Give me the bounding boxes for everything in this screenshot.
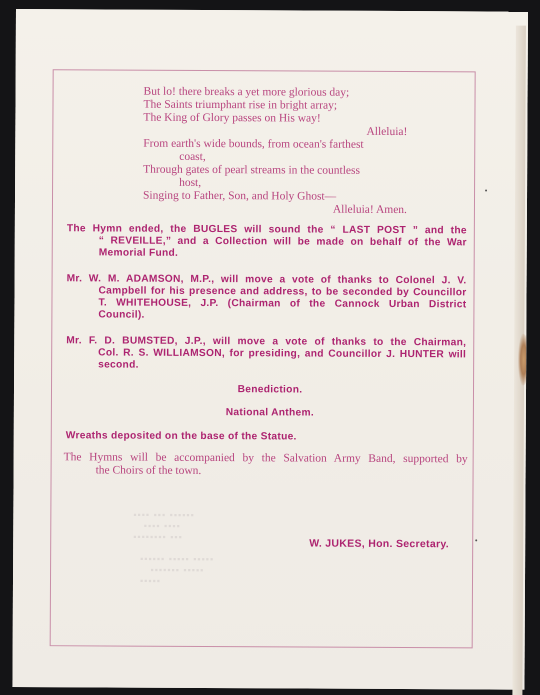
bumsted-continuation: Col. R. S. WILLIAMSON, for presiding, an… (66, 347, 466, 373)
verse-line: Alleluia! Amen. (143, 203, 413, 217)
verse-line: The King of Glory passes on His way! (143, 112, 413, 126)
paper-stain (518, 334, 526, 386)
ink-speck (475, 539, 477, 541)
bumsted-paragraph: Mr. F. D. BUMSTED, J.P., will move a vot… (66, 335, 466, 373)
bugles-paragraph: The Hymn ended, the BUGLES will sound th… (67, 223, 467, 261)
bugles-continuation: “ REVEILLE,” and a Collection will be ma… (67, 235, 467, 261)
ink-speck (485, 189, 487, 191)
hymn-verse: But lo! there breaks a yet more glorious… (143, 86, 414, 217)
verse-line: Singing to Father, Son, and Holy Ghost— (143, 190, 413, 204)
show-through-text: ▪▪▪▪ ▪▪▪ ▪▪▪▪▪▪ ▪▪▪▪ ▪▪▪▪▪▪▪▪▪▪▪▪ ▪▪▪ ▪▪… (133, 510, 214, 587)
wreaths-line: Wreaths deposited on the base of the Sta… (66, 430, 466, 444)
adamson-continuation: Campbell for his presence and address, t… (66, 285, 466, 323)
adamson-paragraph: Mr. W. M. ADAMSON, M.P., will move a vot… (66, 273, 466, 323)
hymns-note-continuation: the Choirs of the town. (64, 464, 468, 479)
signature: W. JUKES, Hon. Secretary. (309, 538, 449, 551)
printed-page: ▪▪▪▪ ▪▪▪ ▪▪▪▪▪▪ ▪▪▪▪ ▪▪▪▪▪▪▪▪▪▪▪▪ ▪▪▪ ▪▪… (12, 9, 528, 690)
hymns-note: The Hymns will be accompanied by the Sal… (64, 451, 468, 479)
